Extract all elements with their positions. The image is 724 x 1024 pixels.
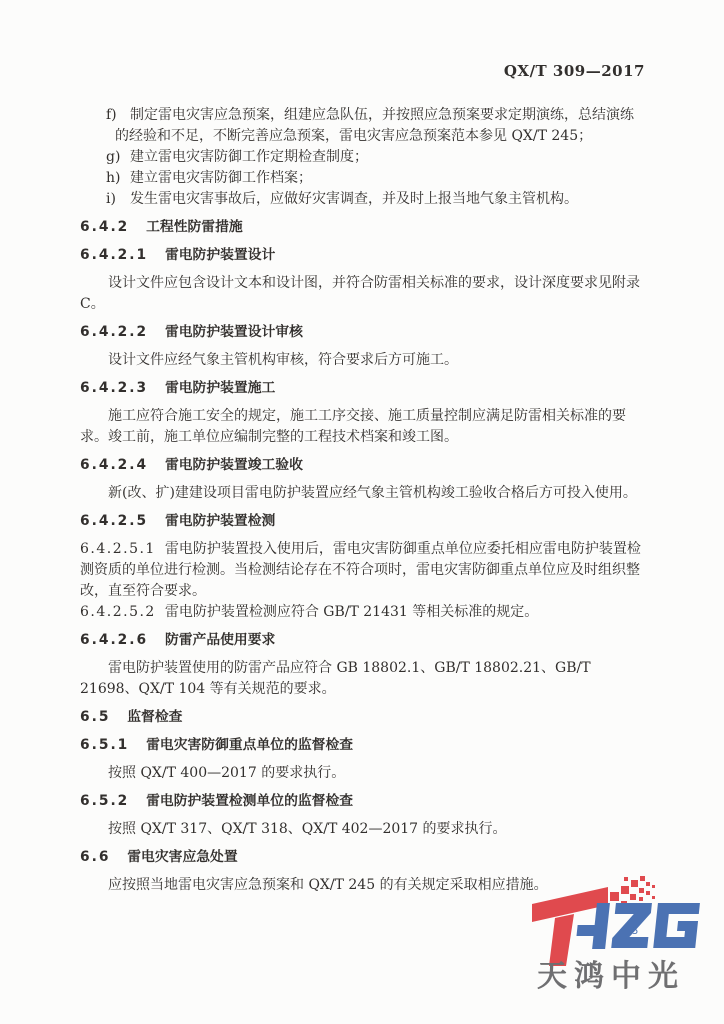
paragraph-6-4-2-5-1: 6.4.2.5.1雷电防护装置投入使用后，雷电灾害防御重点单位应委托相应雷电防护… — [80, 539, 645, 602]
clause-heading-6-4-2-6: 6.4.2.6 防雷产品使用要求 — [80, 630, 645, 651]
paragraph-6-4-2-3: 施工应符合施工安全的规定，施工工序交接、施工质量控制应满足防雷相关标准的要求。竣… — [80, 406, 645, 448]
clause-number: 6.5.2 — [80, 793, 129, 809]
clause-heading-6-4-2: 6.4.2 工程性防雷措施 — [80, 217, 645, 238]
clause-number: 6.4.2 — [80, 219, 129, 235]
list-item-label: g) — [106, 147, 120, 168]
clause-title: 雷电灾害防御重点单位的监督检查 — [146, 737, 353, 753]
clause-heading-6-5-1: 6.5.1 雷电灾害防御重点单位的监督检查 — [80, 735, 645, 756]
list-item-label: i) — [106, 189, 116, 210]
logo-chinese-name: 天鸿中光 — [537, 959, 685, 994]
paragraph-number: 6.4.2.5.1 — [80, 541, 156, 557]
paragraph-6-5-2: 按照 QX/T 317、QX/T 318、QX/T 402—2017 的要求执行… — [80, 819, 645, 840]
paragraph-6-5-1: 按照 QX/T 400—2017 的要求执行。 — [80, 763, 645, 784]
list-item-g: g) 建立雷电灾害防御工作定期检查制度； — [80, 147, 645, 168]
logo-small-mark: 5 — [632, 926, 638, 937]
clause-heading-6-4-2-1: 6.4.2.1 雷电防护装置设计 — [80, 245, 645, 266]
clause-heading-6-4-2-5: 6.4.2.5 雷电防护装置检测 — [80, 511, 645, 532]
clause-heading-6-5: 6.5 监督检查 — [80, 707, 645, 728]
clause-title: 雷电防护装置检测单位的监督检查 — [146, 793, 353, 809]
paragraph-6-4-2-2: 设计文件应经气象主管机构审核，符合要求后方可施工。 — [80, 350, 645, 371]
clause-heading-6-4-2-2: 6.4.2.2 雷电防护装置设计审核 — [80, 322, 645, 343]
clause-title: 雷电防护装置施工 — [165, 380, 275, 396]
list-item-label: h) — [106, 168, 120, 189]
list-item-h: h) 建立雷电灾害防御工作档案； — [80, 168, 645, 189]
clause-number: 6.4.2.1 — [80, 247, 148, 263]
clause-number: 6.4.2.3 — [80, 380, 148, 396]
clause-title: 雷电灾害应急处置 — [127, 849, 237, 865]
paragraph-6-4-2-4: 新(改、扩)建建设项目雷电防护装置应经气象主管机构竣工验收合格后方可投入使用。 — [80, 483, 645, 504]
list-item-label: f) — [106, 105, 117, 126]
clause-title: 雷电防护装置设计 — [165, 247, 275, 263]
clause-title: 雷电防护装置竣工验收 — [165, 457, 303, 473]
page-content: QX/T 309—2017 f) 制定雷电灾害应急预案，组建应急队伍，并按照应急… — [0, 0, 724, 896]
paragraph-number: 6.4.2.5.2 — [80, 604, 156, 620]
numbered-paragraph-group: 6.4.2.5.1雷电防护装置投入使用后，雷电灾害防御重点单位应委托相应雷电防护… — [80, 539, 645, 623]
clause-number: 6.4.2.5 — [80, 513, 148, 529]
paragraph-text: 雷电防护装置投入使用后，雷电灾害防御重点单位应委托相应雷电防护装置检测资质的单位… — [80, 541, 641, 599]
clause-heading-6-6: 6.6 雷电灾害应急处置 — [80, 847, 645, 868]
clause-number: 6.6 — [80, 849, 110, 865]
paragraph-6-4-2-5-2: 6.4.2.5.2雷电防护装置检测应符合 GB/T 21431 等相关标准的规定… — [80, 602, 645, 623]
thzg-logo: 5 天鸿中光 — [528, 874, 718, 994]
clause-number: 6.4.2.4 — [80, 457, 148, 473]
list-item-text: 建立雷电灾害防御工作定期检查制度； — [130, 149, 368, 165]
paragraph-6-4-2-1: 设计文件应包含设计文本和设计图，并符合防雷相关标准的要求，设计深度要求见附录 C… — [80, 273, 645, 315]
doc-number: QX/T 309—2017 — [80, 62, 645, 80]
clause-number: 6.5.1 — [80, 737, 129, 753]
clause-title: 工程性防雷措施 — [146, 219, 243, 235]
clause-title: 监督检查 — [127, 709, 182, 725]
clause-title: 防雷产品使用要求 — [165, 632, 275, 648]
lettered-list: f) 制定雷电灾害应急预案，组建应急队伍，并按照应急预案要求定期演练，总结演练的… — [80, 105, 645, 210]
clause-title: 雷电防护装置检测 — [165, 513, 275, 529]
clause-number: 6.4.2.6 — [80, 632, 148, 648]
list-item-text: 制定雷电灾害应急预案，组建应急队伍，并按照应急预案要求定期演练，总结演练的经验和… — [115, 107, 634, 144]
paragraph-text: 雷电防护装置检测应符合 GB/T 21431 等相关标准的规定。 — [165, 604, 538, 620]
clause-number: 6.5 — [80, 709, 110, 725]
document-page: QX/T 309—2017 f) 制定雷电灾害应急预案，组建应急队伍，并按照应急… — [0, 0, 724, 1024]
list-item-i: i) 发生雷电灾害事故后，应做好灾害调查，并及时上报当地气象主管机构。 — [80, 189, 645, 210]
clause-heading-6-5-2: 6.5.2 雷电防护装置检测单位的监督检查 — [80, 791, 645, 812]
clause-heading-6-4-2-4: 6.4.2.4 雷电防护装置竣工验收 — [80, 455, 645, 476]
paragraph-6-4-2-6: 雷电防护装置使用的防雷产品应符合 GB 18802.1、GB/T 18802.2… — [80, 658, 645, 700]
list-item-f: f) 制定雷电灾害应急预案，组建应急队伍，并按照应急预案要求定期演练，总结演练的… — [80, 105, 645, 147]
clause-number: 6.4.2.2 — [80, 324, 148, 340]
clause-title: 雷电防护装置设计审核 — [165, 324, 303, 340]
list-item-text: 发生雷电灾害事故后，应做好灾害调查，并及时上报当地气象主管机构。 — [130, 191, 578, 207]
clause-heading-6-4-2-3: 6.4.2.3 雷电防护装置施工 — [80, 378, 645, 399]
list-item-text: 建立雷电灾害防御工作档案； — [130, 170, 312, 186]
